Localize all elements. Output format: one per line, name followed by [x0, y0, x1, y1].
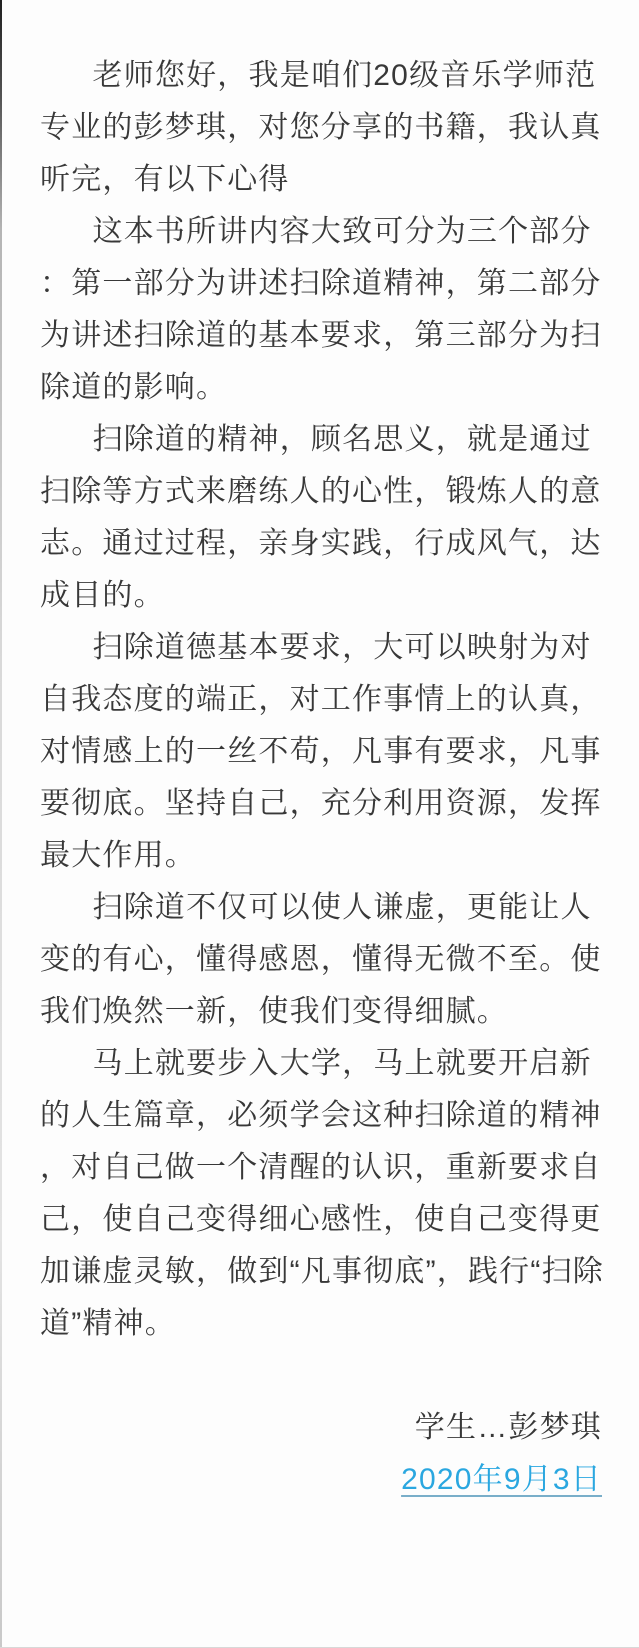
letter-page: 老师您好，我是咱们20级音乐学师范专业的彭梦琪，对您分享的书籍，我认真听完，有以… — [0, 0, 639, 1648]
letter-paragraph-overview: 这本书所讲内容大致可分为三个部分：第一部分为讲述扫除道精神，第二部分为讲述扫除道… — [40, 206, 606, 414]
letter-paragraph-influence: 扫除道不仅可以使人谦虚，更能让人变的有心，懂得感恩，懂得无微不至。使我们焕然一新… — [40, 882, 606, 1038]
letter-paragraph-conclusion: 马上就要步入大学，马上就要开启新的人生篇章，必须学会这种扫除道的精神，对自己做一… — [40, 1038, 606, 1350]
date-line: 2020年9月3日 — [40, 1454, 602, 1506]
letter-paragraph-requirements: 扫除道德基本要求，大可以映射为对自我态度的端正，对工作事情上的认真，对情感上的一… — [40, 622, 606, 882]
letter-paragraph-greeting: 老师您好，我是咱们20级音乐学师范专业的彭梦琪，对您分享的书籍，我认真听完，有以… — [40, 50, 606, 206]
letter-paragraph-spirit: 扫除道的精神，顾名思义，就是通过扫除等方式来磨练人的心性，锻炼人的意志。通过过程… — [40, 414, 606, 622]
letter-body: 老师您好，我是咱们20级音乐学师范专业的彭梦琪，对您分享的书籍，我认真听完，有以… — [0, 0, 639, 1506]
signature: 学生…彭梦琪 — [40, 1402, 602, 1454]
signature-block: 学生…彭梦琪 2020年9月3日 — [40, 1402, 606, 1506]
date-link[interactable]: 2020年9月3日 — [401, 1463, 602, 1496]
